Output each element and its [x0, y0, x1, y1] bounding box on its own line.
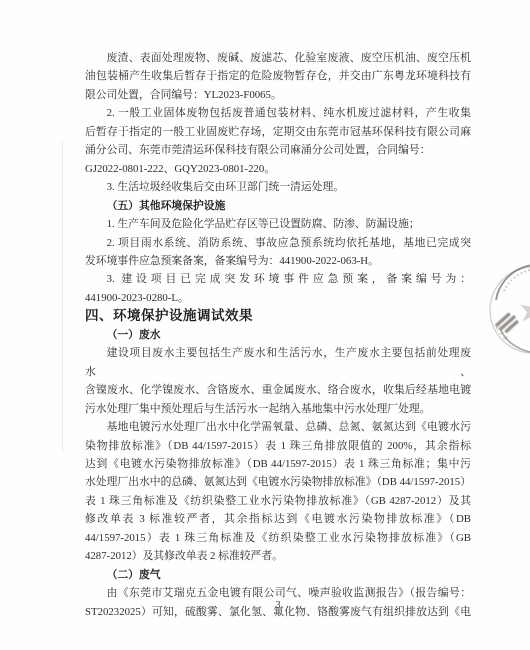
seal-tick-marks: [504, 269, 530, 291]
text-line: 表 1 珠三角标准及《纺织染整工业水污染物排放标准》（GB 4287-2012）…: [85, 492, 471, 510]
text-line: 含镍废水、化学镍废水、含铬废水、重金属废水、络合废水，收集后经基地电镀: [85, 381, 471, 399]
text-line: 水处理厂出水中的总磷、氨氮达到《电镀水污染物排放标准》（DB 44/1597-2…: [85, 473, 471, 491]
text-line: 441900-2023-0280-L。: [85, 289, 471, 307]
text-line: 44/1597-2015）表 1 珠三角标准及《纺织染整工业水污染物排放标准》（…: [85, 529, 471, 547]
text-line: 发环境事件应急预案备案，备案编号为：441900-2022-063-H。: [85, 252, 471, 270]
text-line: 建设项目废水主要包括生产废水和生活污水，生产废水主要包括前处理废水、: [85, 344, 471, 381]
heading-section-4-facility-debug-results: 四、环境保护设施调试效果: [85, 307, 471, 325]
heading-other-env-protection-facilities: （五）其他环境保护设施: [85, 197, 471, 215]
text-line: 基地电镀污水处理厂出水中化学需氧量、总磷、总氮、氨氮达到《电镀水污: [85, 418, 471, 436]
text-line: 达到《电镀水污染物排放标准》（DB 44/1597-2015）表 1 珠三角标准…: [85, 455, 471, 473]
company-seal-stamp: ere ★: [473, 250, 530, 370]
text-line: 3. 生活垃圾经收集后交由环卫部门统一清运处理。: [85, 178, 471, 196]
text-line: 4287-2012）及其修改单表 2 标准较严者。: [85, 547, 471, 565]
scan-fold-line: [62, 142, 63, 452]
text-line: 3. 建设项目已完成突发环境事件应急预案，备案编号为：: [85, 270, 471, 288]
text-line: 油包装桶产生收集后暂存于指定的危险废物暂存仓，并交由广东粤龙环境科技有: [85, 67, 471, 85]
text-line: 染物排放标准》（DB 44/1597-2015）表 1 珠三角排放限值的 200…: [85, 437, 471, 455]
document-body-text: 废渣、表面处理废物、废碱、废滤芯、化验室废液、废空压机油、废空压机 油包装桶产生…: [85, 49, 471, 621]
seal-star-icon: ★: [513, 288, 530, 333]
text-line: 后暂存于指定的一般工业固废贮存场，定期交由东莞市冠基环保科技有限公司麻: [85, 123, 471, 141]
text-line: 涌分公司、东莞市莞清运环保科技有限公司麻涌分公司处置，合同编号：: [85, 141, 471, 159]
text-line: 2. 一般工业固体废物包括废普通包装材料、纯水机废过滤材料，产生收集: [85, 104, 471, 122]
heading-wastewater: （一）废水: [85, 326, 471, 344]
page-number: 3: [85, 600, 471, 611]
text-line: 污水处理厂集中预处理后与生活污水一起纳入基地集中污水处理厂处理。: [85, 400, 471, 418]
text-line: 2. 项目雨水系统、消防系统、事故应急预系统均依托基地，基地已完成突: [85, 234, 471, 252]
text-line: 1. 生产车间及危险化学品贮存区等已设置防腐、防渗、防漏设施；: [85, 215, 471, 233]
heading-waste-gas: （二）废气: [85, 566, 471, 584]
text-line: GJ2022-0801-222、GQY2023-0801-220。: [85, 160, 471, 178]
text-line: 废渣、表面处理废物、废碱、废滤芯、化验室废液、废空压机油、废空压机: [85, 49, 471, 67]
document-page: 废渣、表面处理废物、废碱、废滤芯、化验室废液、废空压机油、废空压机 油包装桶产生…: [0, 0, 530, 650]
text-line: 限公司处置，合同编号：YL2023-F0065。: [85, 86, 471, 104]
text-line: 修改单表 3 标准较严者，其余指标达到《电镀水污染物排放标准》（DB: [85, 510, 471, 528]
